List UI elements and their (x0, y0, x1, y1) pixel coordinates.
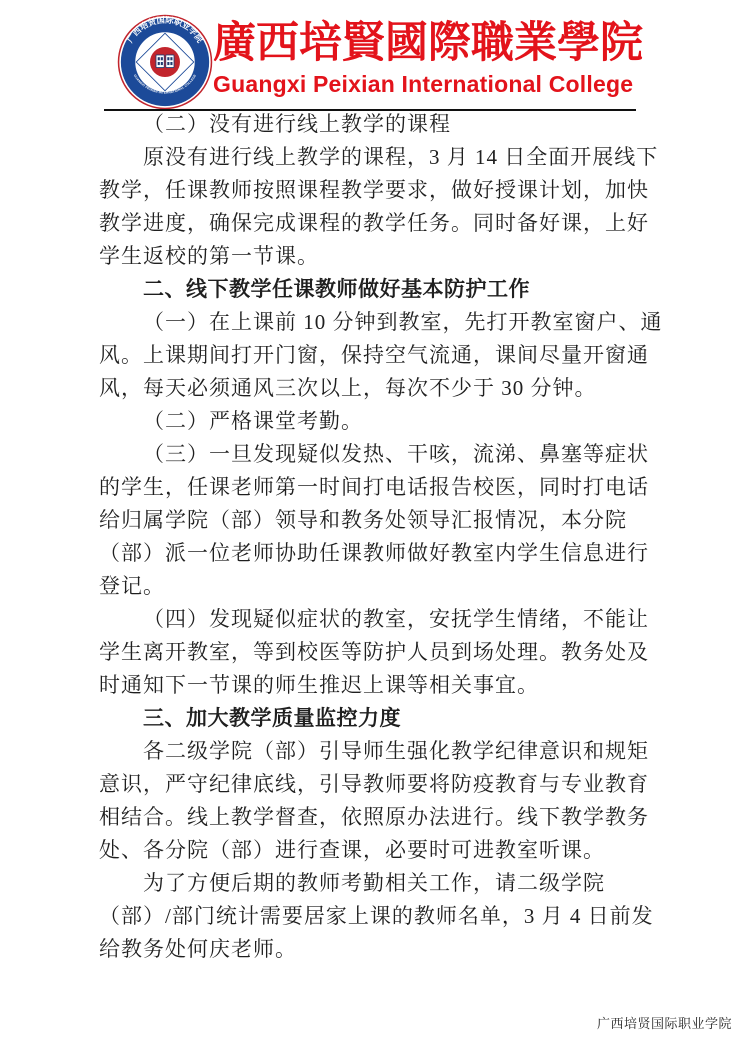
text-line: 相结合。线上教学督查，依照原办法进行。线下教学教务 (99, 801, 655, 834)
document-header: 广西培贤国际职业学院 GUANGXI PEIXIAN INTERNATIONAL… (0, 0, 745, 110)
text-line: （二）没有进行线上教学的课程 (99, 108, 655, 141)
text-line: 给归属学院（部）领导和教务处领导汇报情况，本分院 (99, 504, 655, 537)
text-line: 教学，任课教师按照课程教学要求，做好授课计划，加快 (99, 174, 655, 207)
page-footer: 广西培贤国际职业学院 (597, 1015, 732, 1033)
document-page: 广西培贤国际职业学院 GUANGXI PEIXIAN INTERNATIONAL… (0, 0, 745, 1052)
text-line: 各二级学院（部）引导师生强化教学纪律意识和规矩 (99, 735, 655, 768)
text-line: （一）在上课前 10 分钟到教室，先打开教室窗户、通 (99, 306, 655, 339)
college-name-en: Guangxi Peixian International College (213, 72, 633, 96)
college-name-zh: 廣西培賢國際職業學院 (213, 14, 633, 72)
text-line: 学生返校的第一节课。 (99, 240, 655, 273)
text-line: 登记。 (99, 570, 655, 603)
text-line: （部）派一位老师协助任课教师做好教室内学生信息进行 (99, 537, 655, 570)
section-heading-line: 二、线下教学任课教师做好基本防护工作 (99, 273, 655, 306)
text-line: 学生离开教室，等到校医等防护人员到场处理。教务处及 (99, 636, 655, 669)
text-line: 为了方便后期的教师考勤相关工作，请二级学院 (99, 867, 655, 900)
text-line: （二）严格课堂考勤。 (99, 405, 655, 438)
text-line: （四）发现疑似症状的教室，安抚学生情绪，不能让 (99, 603, 655, 636)
text-line: 意识，严守纪律底线，引导教师要将防疫教育与专业教育 (99, 768, 655, 801)
text-line: 原没有进行线上教学的课程，3 月 14 日全面开展线下 (99, 141, 655, 174)
text-line: 给教务处何庆老师。 (99, 933, 655, 966)
text-line: （三）一旦发现疑似发热、干咳，流涕、鼻塞等症状 (99, 438, 655, 471)
document-body: （二）没有进行线上教学的课程原没有进行线上教学的课程，3 月 14 日全面开展线… (99, 108, 655, 966)
text-line: 风。上课期间打开门窗，保持空气流通，课间尽量开窗通 (99, 339, 655, 372)
text-line: 时通知下一节课的师生推迟上课等相关事宜。 (99, 669, 655, 702)
footer-college-name: 广西培贤国际职业学院 (597, 1016, 732, 1031)
text-line: 教学进度，确保完成课程的教学任务。同时备好课，上好 (99, 207, 655, 240)
text-line: 风，每天必须通风三次以上，每次不少于 30 分钟。 (99, 372, 655, 405)
text-line: （部）/部门统计需要居家上课的教师名单，3 月 4 日前发 (99, 900, 655, 933)
section-heading-line: 三、加大教学质量监控力度 (99, 702, 655, 735)
college-seal-icon: 广西培贤国际职业学院 GUANGXI PEIXIAN INTERNATIONAL… (117, 14, 213, 110)
text-line: 处、各分院（部）进行查课，必要时可进教室听课。 (99, 834, 655, 867)
text-line: 的学生，任课老师第一时间打电话报告校医，同时打电话 (99, 471, 655, 504)
open-book-icon (156, 55, 174, 68)
college-title-block: 廣西培賢國際職業學院 Guangxi Peixian International… (213, 14, 633, 96)
